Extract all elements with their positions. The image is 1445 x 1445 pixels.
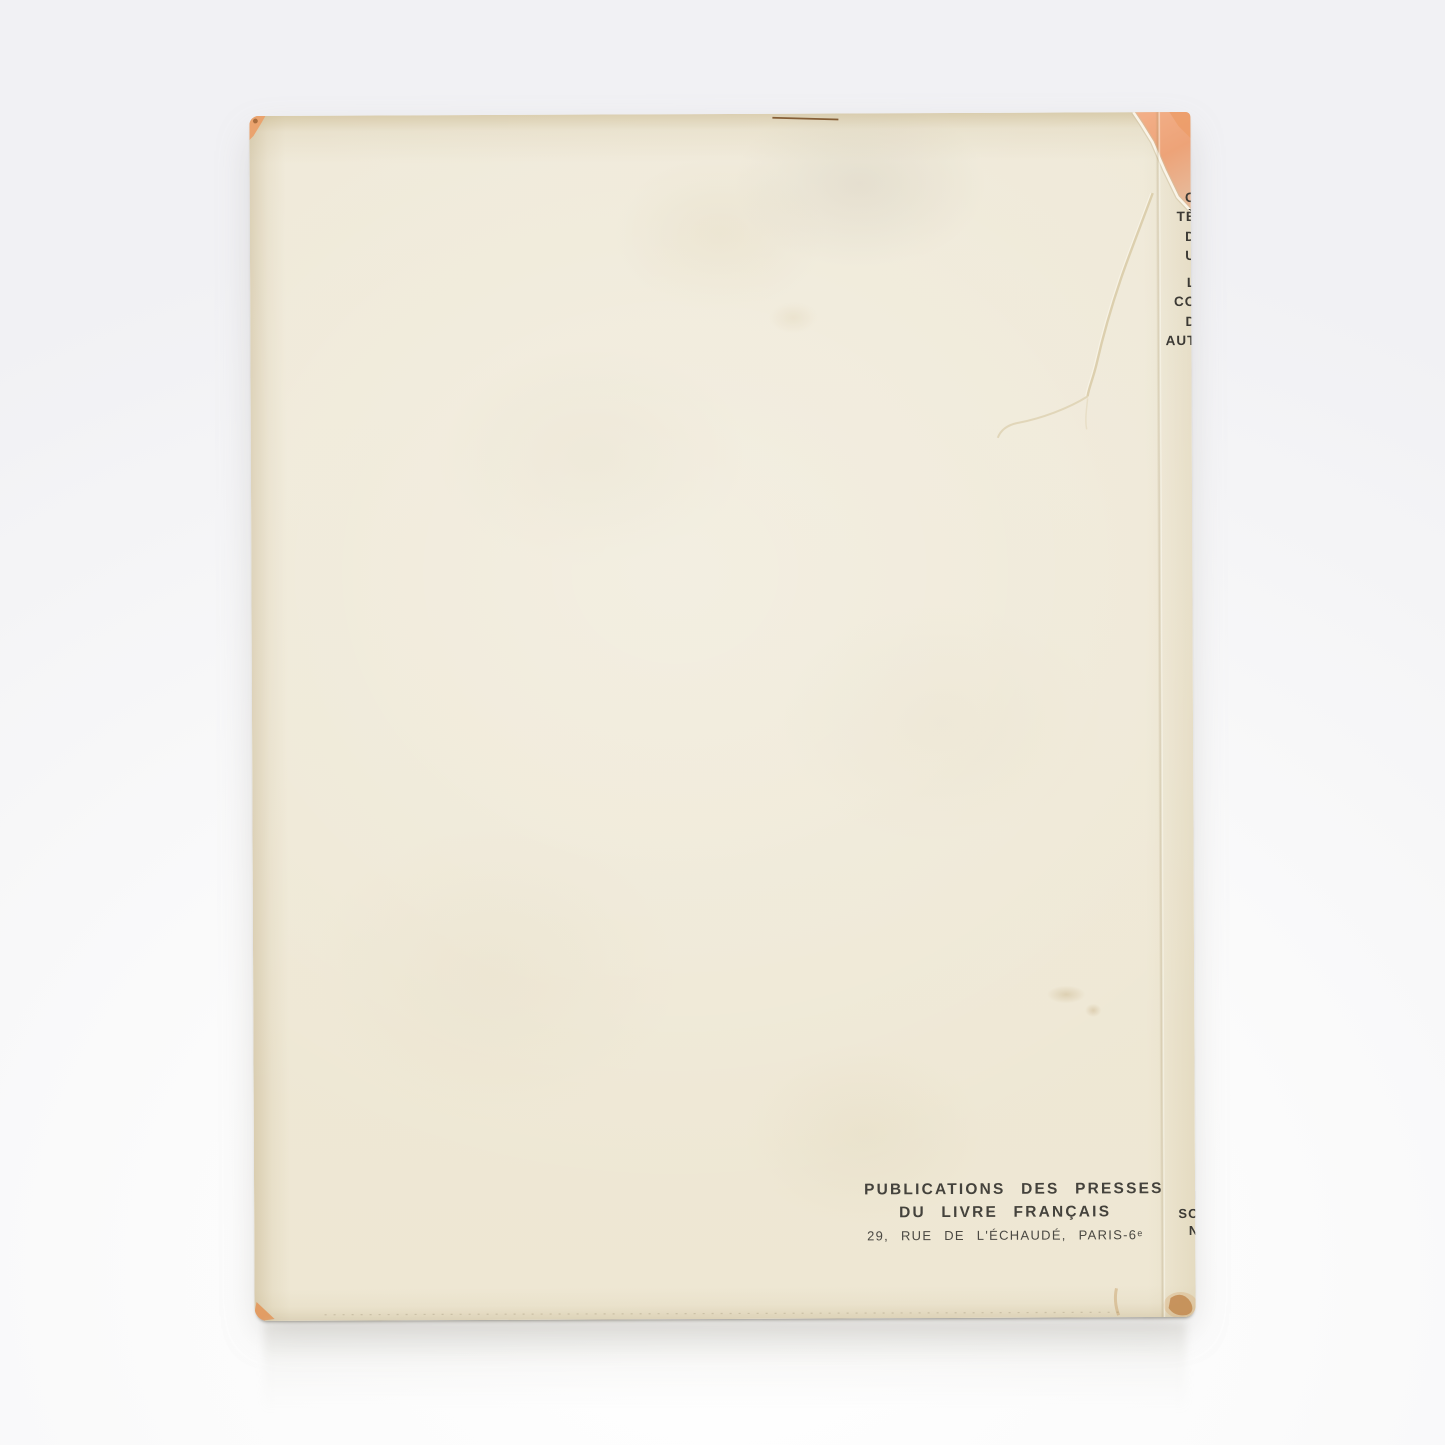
flap-fragment-line: TÈ (1177, 207, 1196, 226)
flap-fragment-line: C (1176, 188, 1195, 207)
publisher-address: 29, RUE DE L'ÉCHAUDÉ, PARIS-6ᵉ (864, 1223, 1146, 1247)
publisher-imprint: PUBLICATIONS DES PRESSES DU LIVRE FRANÇA… (864, 1178, 1146, 1247)
flap-fragment-line: AUT (1166, 331, 1196, 350)
flap-text-fragments-top: C TÈ D U (1176, 188, 1195, 265)
flap-fragment-line: SO (1178, 1204, 1195, 1222)
top-left-corner-chip (249, 116, 265, 140)
top-left-corner-speck (253, 119, 258, 124)
jacket-crack (997, 193, 1154, 438)
top-edge-crease (772, 117, 838, 119)
bottom-right-stain (1115, 1288, 1195, 1318)
flap-fragment-line: I (1178, 1187, 1195, 1205)
flap-text-fragments-bottom: I SO N (1178, 1187, 1195, 1240)
publisher-line-1: PUBLICATIONS DES PRESSES (864, 1178, 1146, 1202)
flap-fragment-line: N (1178, 1222, 1195, 1240)
flap-fragment-line: U (1177, 246, 1196, 265)
photo-backdrop: C TÈ D U L CO D AUT PUBLICATIONS DES PRE… (0, 0, 1445, 1445)
flap-fragment-line: CO (1165, 292, 1195, 311)
book-back-cover: C TÈ D U L CO D AUT PUBLICATIONS DES PRE… (249, 112, 1195, 1321)
flap-text-fragments-top-2: L CO D AUT (1165, 273, 1195, 350)
surface-reflection (264, 1322, 1186, 1422)
jacket-fold-line (1155, 112, 1165, 1317)
flap-fragment-line: L (1165, 273, 1195, 292)
publisher-line-2: DU LIVRE FRANÇAIS (864, 1201, 1146, 1225)
bottom-fold-dots (325, 1311, 1125, 1315)
damage-overlay (249, 112, 1195, 1321)
flap-fragment-line: D (1165, 312, 1195, 331)
bottom-left-corner-chip (255, 1302, 275, 1321)
flap-fragment-line: D (1177, 227, 1196, 246)
